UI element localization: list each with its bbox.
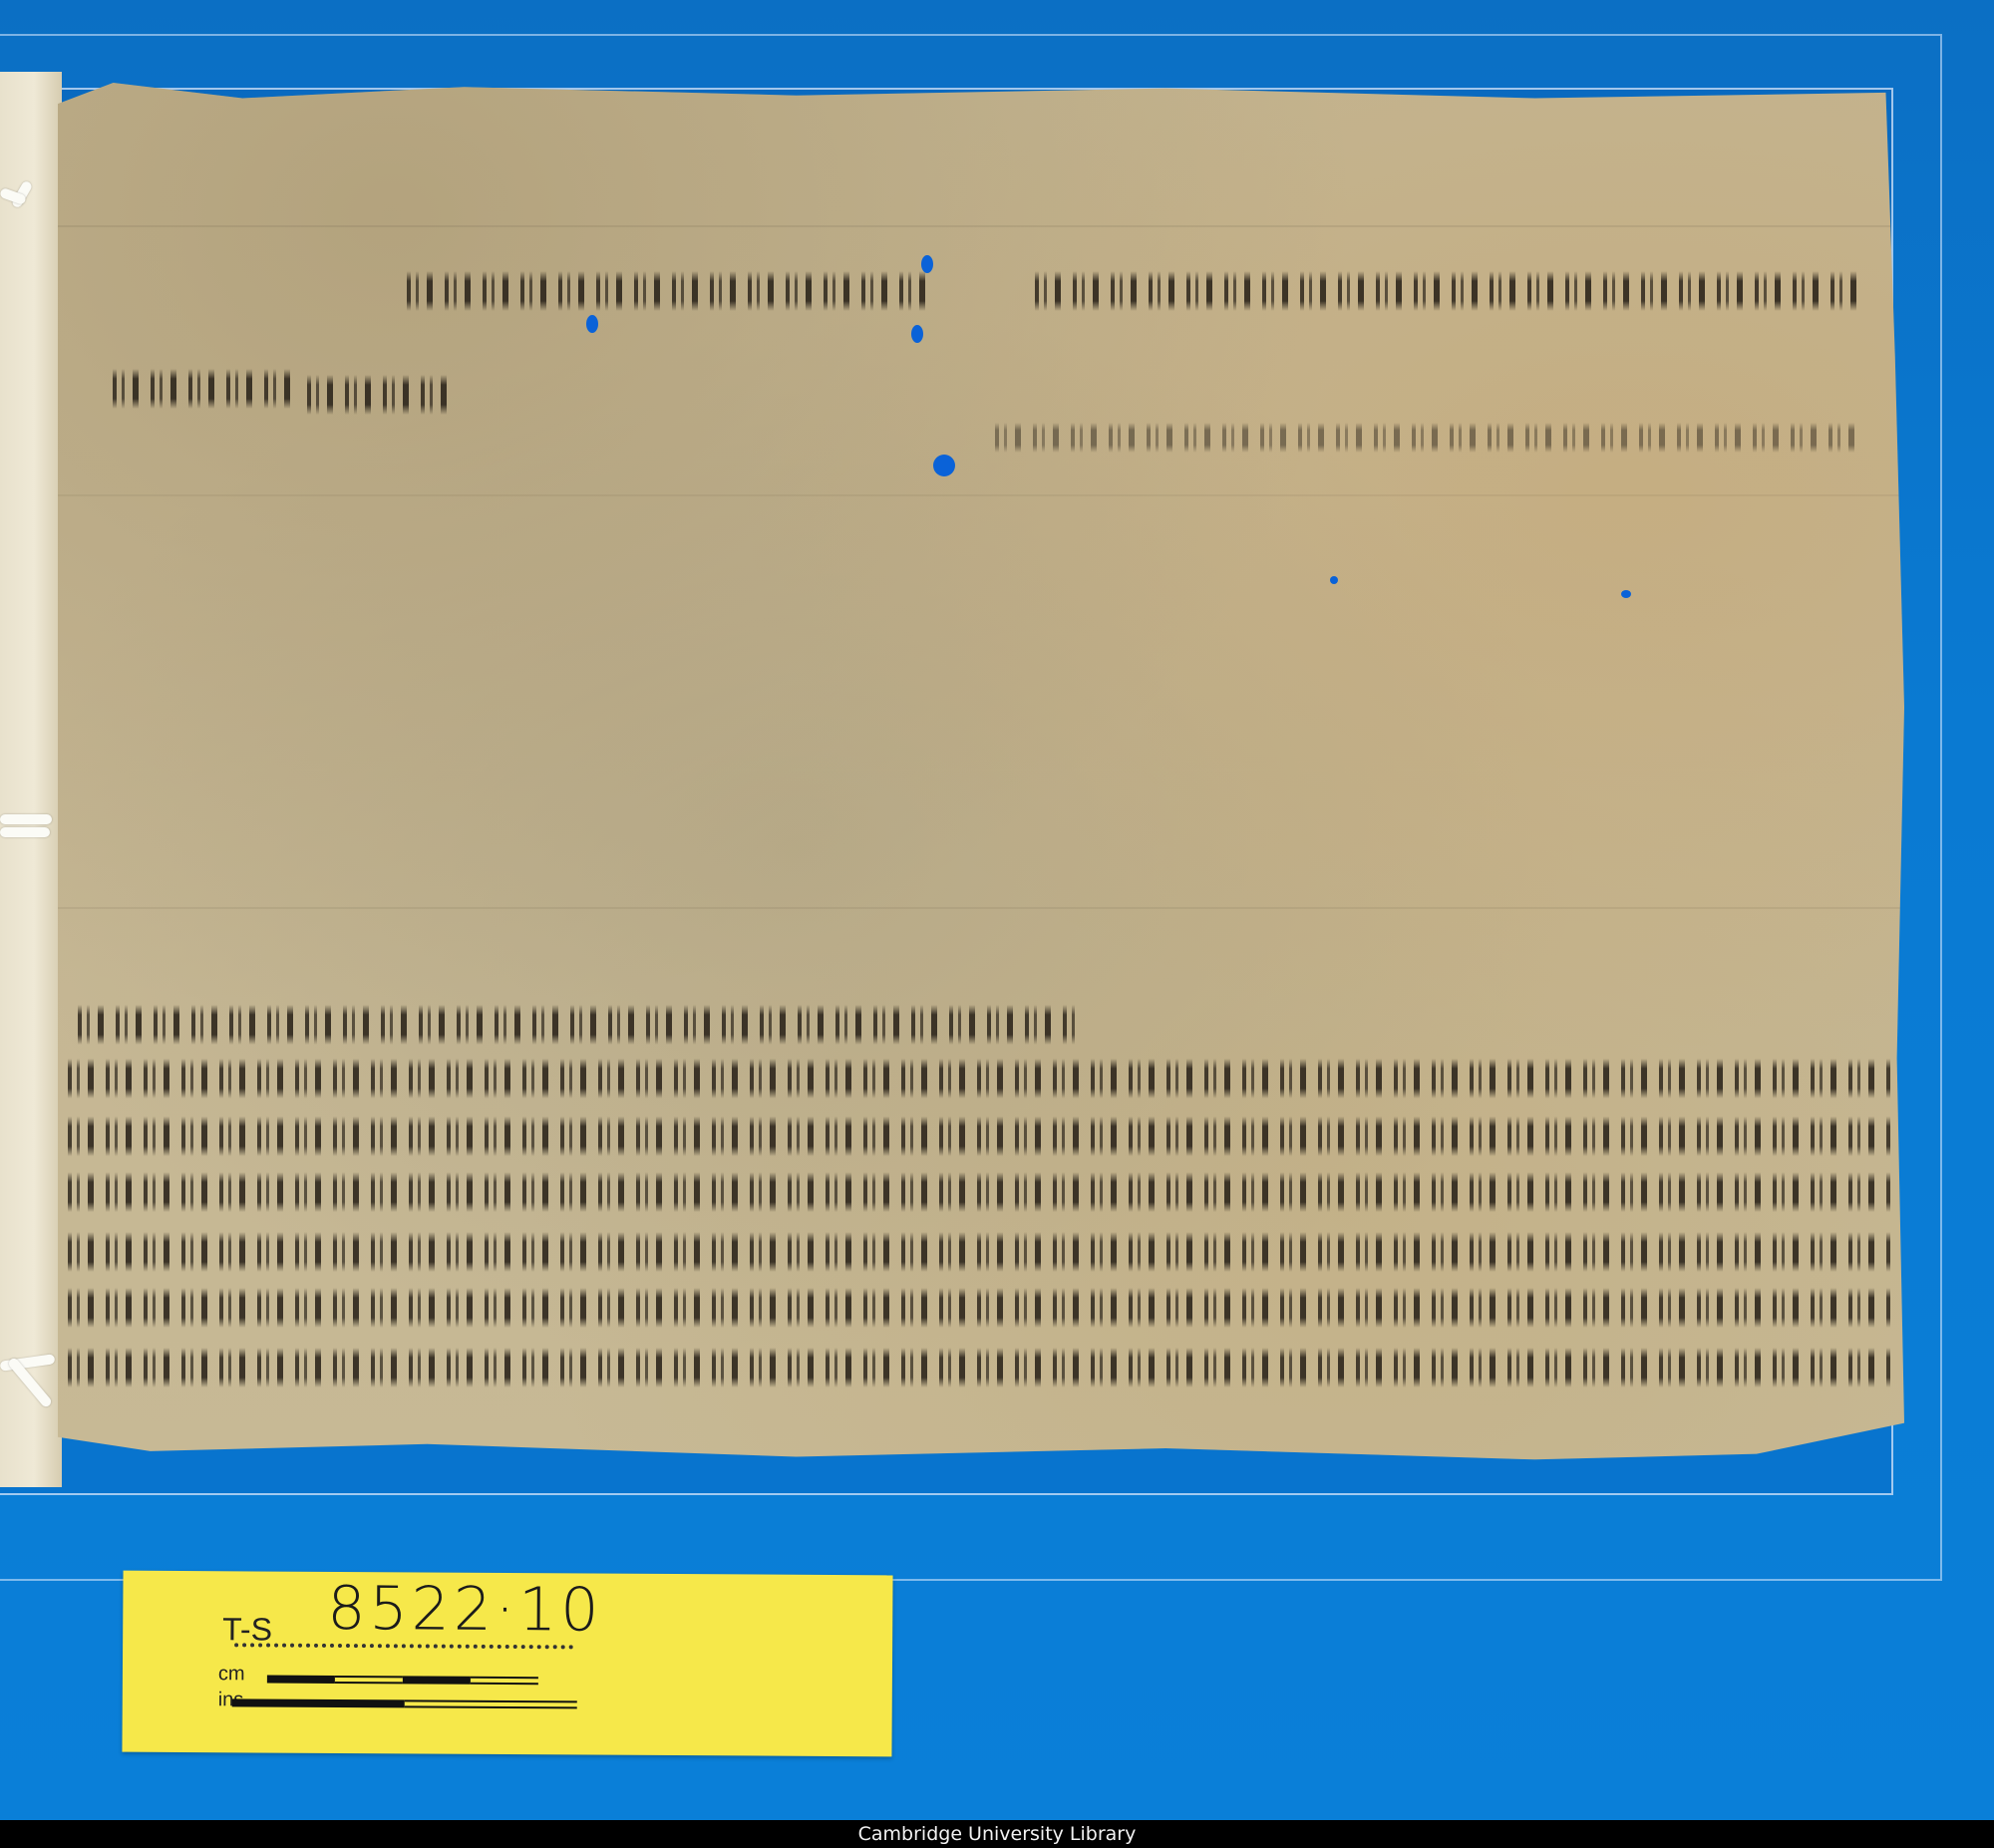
image-credit-footer: Cambridge University Library — [0, 1820, 1994, 1848]
inch-scale-bar — [232, 1698, 581, 1718]
blue-ink-mark — [933, 455, 955, 476]
scale-unit-cm: cm — [218, 1663, 245, 1686]
handwriting-line-top-left-2b — [307, 375, 457, 415]
handwriting-line-lower-1 — [78, 1005, 1075, 1045]
manuscript-fragment — [58, 76, 1904, 1479]
dotted-line — [234, 1643, 573, 1649]
binding-thread — [0, 814, 52, 824]
fold-crease — [58, 225, 1904, 227]
handwriting-line-lower-7 — [68, 1348, 1892, 1387]
shelfmark-number: 8522·10 — [327, 1574, 603, 1646]
blue-ink-mark — [1330, 576, 1338, 584]
binding-guard-strip — [0, 72, 62, 1487]
binding-thread — [0, 827, 50, 837]
handwriting-line-lower-5 — [68, 1232, 1892, 1272]
blue-ink-mark — [911, 325, 923, 343]
handwriting-line-lower-3 — [68, 1116, 1892, 1156]
photo-stage: T-S 8522·10 cm ins — [0, 0, 1994, 1820]
handwriting-line-top-right-1 — [1035, 271, 1864, 311]
handwriting-line-top-left-2 — [113, 369, 302, 409]
handwriting-line-lower-2 — [68, 1059, 1892, 1098]
handwriting-line-lower-4 — [68, 1172, 1892, 1212]
handwriting-line-top-right-2 — [995, 423, 1862, 453]
blue-ink-mark — [1621, 590, 1631, 598]
blue-ink-mark — [921, 255, 933, 273]
fold-crease — [58, 907, 1904, 909]
shelfmark-label: T-S 8522·10 cm ins — [122, 1571, 892, 1757]
blue-ink-mark — [586, 315, 598, 333]
fold-crease — [58, 494, 1904, 496]
handwriting-line-top-left-1 — [407, 271, 925, 311]
cm-scale-bar — [267, 1676, 576, 1695]
handwriting-line-lower-6 — [68, 1288, 1892, 1328]
